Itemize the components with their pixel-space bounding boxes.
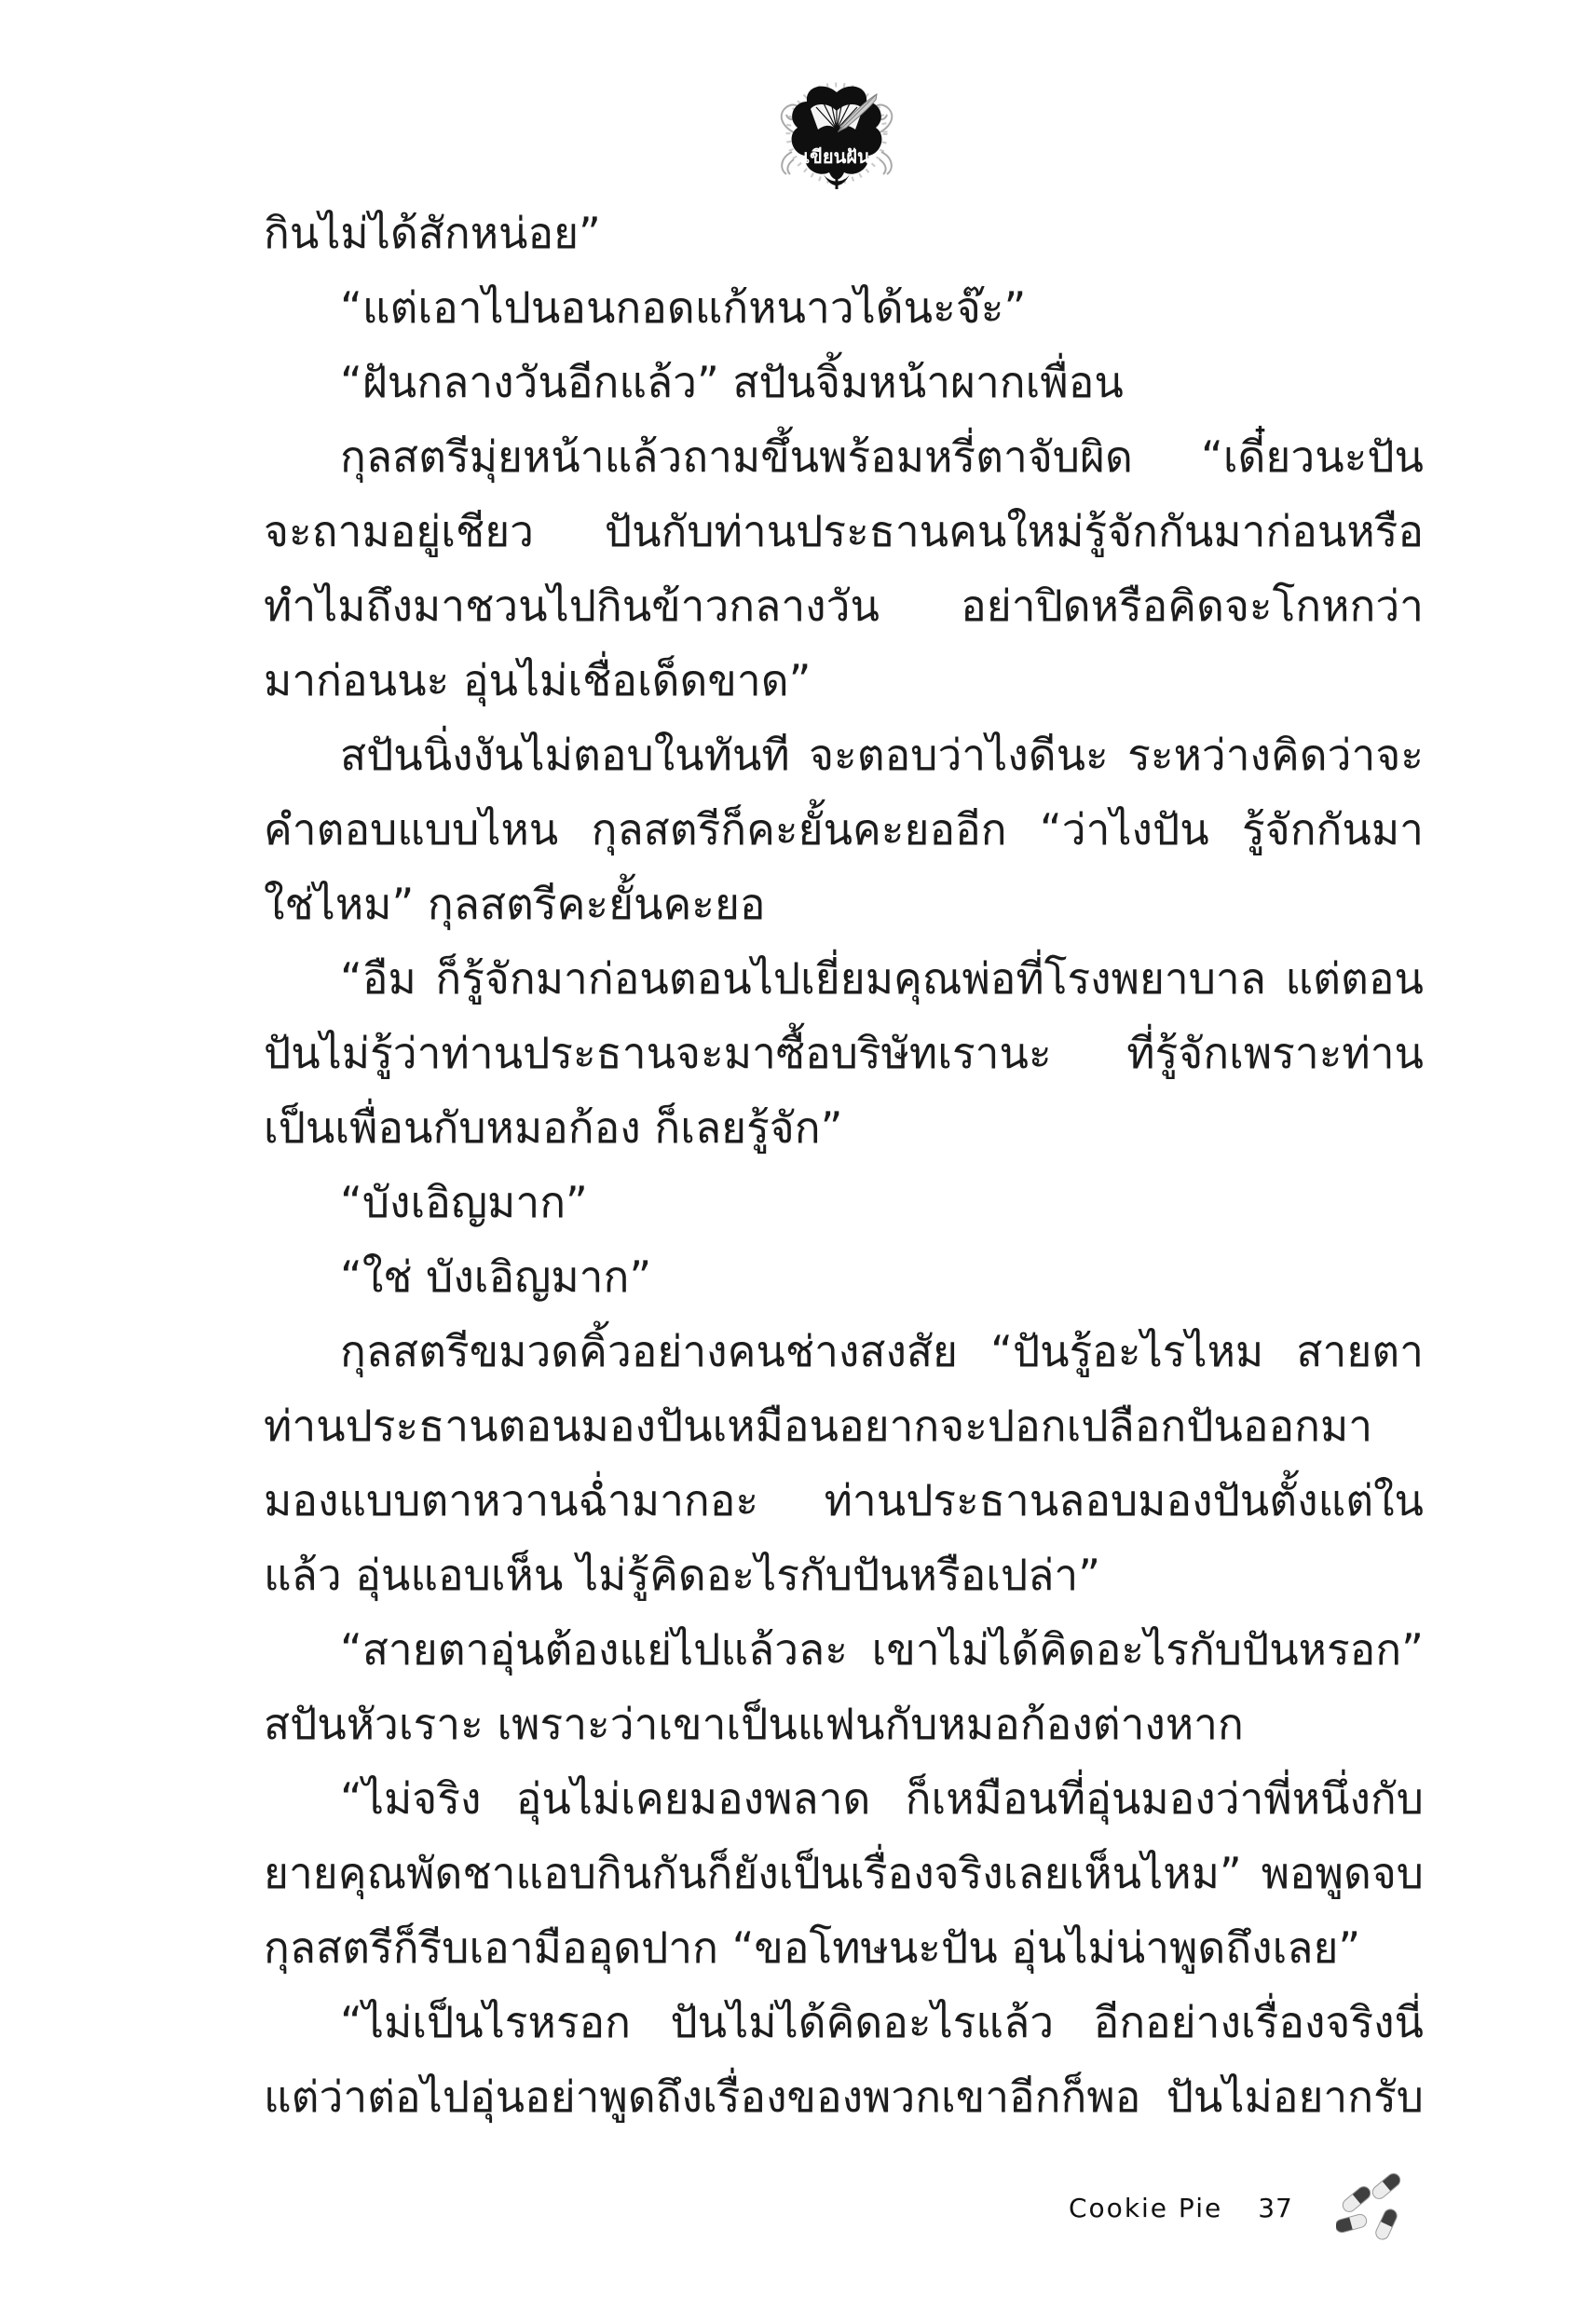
book-and-quill-emblem-icon: เขียนฝัน xyxy=(771,79,902,194)
text-line: แล้ว อุ่นแอบเห็น ไม่รู้คิดอะไรกับปันหรือ… xyxy=(264,1538,1424,1612)
text-line: สปันนิ่งงันไม่ตอบในทันที จะตอบว่าไงดีนะ … xyxy=(264,718,1424,792)
book-title: Cookie Pie xyxy=(1069,2193,1222,2223)
text-line: “ใช่ บังเอิญมาก” xyxy=(264,1239,1424,1314)
text-line: คำตอบแบบไหน กุลสตรีก็คะยั้นคะยออีก “ว่าไ… xyxy=(264,792,1424,867)
text-line: เป็นเพื่อนกับหมอก้อง ก็เลยรู้จัก” xyxy=(264,1090,1424,1165)
publisher-logo: เขียนฝัน xyxy=(771,79,902,194)
text-line: แต่ว่าต่อไปอุ่นอย่าพูดถึงเรื่องของพวกเขา… xyxy=(264,2059,1424,2134)
text-line: ท่านประธานตอนมองปันเหมือนอยากจะปอกเปลือก… xyxy=(264,1388,1424,1463)
text-line: ทำไมถึงมาชวนไปกินข้าวกลางวัน อย่าปิดหรือ… xyxy=(264,568,1424,643)
text-line: กุลสตรีขมวดคิ้วอย่างคนช่างสงสัย “ปันรู้อ… xyxy=(264,1314,1424,1388)
book-page: เขียนฝัน กินไม่ได้สักหน่อย”“แต่เอาไปนอนก… xyxy=(0,0,1596,2311)
text-block: กินไม่ได้สักหน่อย”“แต่เอาไปนอนกอดแก้หนาว… xyxy=(264,196,1424,2134)
text-line: “ฝันกลางวันอีกแล้ว” สปันจิ้มหน้าผากเพื่อ… xyxy=(264,345,1424,419)
page-number: 37 xyxy=(1258,2193,1293,2223)
text-line: กุลสตรีมุ่ยหน้าแล้วถามขึ้นพร้อมหรี่ตาจับ… xyxy=(264,419,1424,494)
footer-icon-wrap xyxy=(1336,2171,1409,2244)
text-line: ปันไม่รู้ว่าท่านประธานจะมาซื้อบริษัทเราน… xyxy=(264,1016,1424,1090)
text-line: “อืม ก็รู้จักมาก่อนตอนไปเยี่ยมคุณพ่อที่โ… xyxy=(264,941,1424,1016)
text-line: ยายคุณพัดชาแอบกินกันก็ยังเป็นเรื่องจริงเ… xyxy=(264,1836,1424,1910)
text-line: สปันหัวเราะ เพราะว่าเขาเป็นแฟนกับหมอก้อง… xyxy=(264,1687,1424,1761)
text-line: “สายตาอุ่นต้องแย่ไปแล้วละ เขาไม่ได้คิดอะ… xyxy=(264,1612,1424,1687)
text-line: กุลสตรีก็รีบเอามืออุดปาก “ขอโทษนะปัน อุ่… xyxy=(264,1910,1424,1985)
text-line: “แต่เอาไปนอนกอดแก้หนาวได้นะจ๊ะ” xyxy=(264,270,1424,345)
publisher-name: เขียนฝัน xyxy=(803,145,870,168)
pills-icon xyxy=(1336,2171,1409,2244)
text-line: กินไม่ได้สักหน่อย” xyxy=(264,196,1424,270)
text-line: “ไม่จริง อุ่นไม่เคยมองพลาด ก็เหมือนที่อุ… xyxy=(264,1761,1424,1836)
text-line: ใช่ไหม” กุลสตรีคะยั้นคะยอ xyxy=(264,867,1424,941)
text-line: “บังเอิญมาก” xyxy=(264,1165,1424,1239)
text-line: จะถามอยู่เชียว ปันกับท่านประธานคนใหม่รู้… xyxy=(264,494,1424,568)
text-line: มาก่อนนะ อุ่นไม่เชื่อเด็ดขาด” xyxy=(264,643,1424,718)
page-footer: Cookie Pie 37 xyxy=(1069,2171,1409,2244)
text-line: “ไม่เป็นไรหรอก ปันไม่ได้คิดอะไรแล้ว อีกอ… xyxy=(264,1985,1424,2059)
text-line: มองแบบตาหวานฉ่ำมากอะ ท่านประธานลอบมองปัน… xyxy=(264,1463,1424,1538)
